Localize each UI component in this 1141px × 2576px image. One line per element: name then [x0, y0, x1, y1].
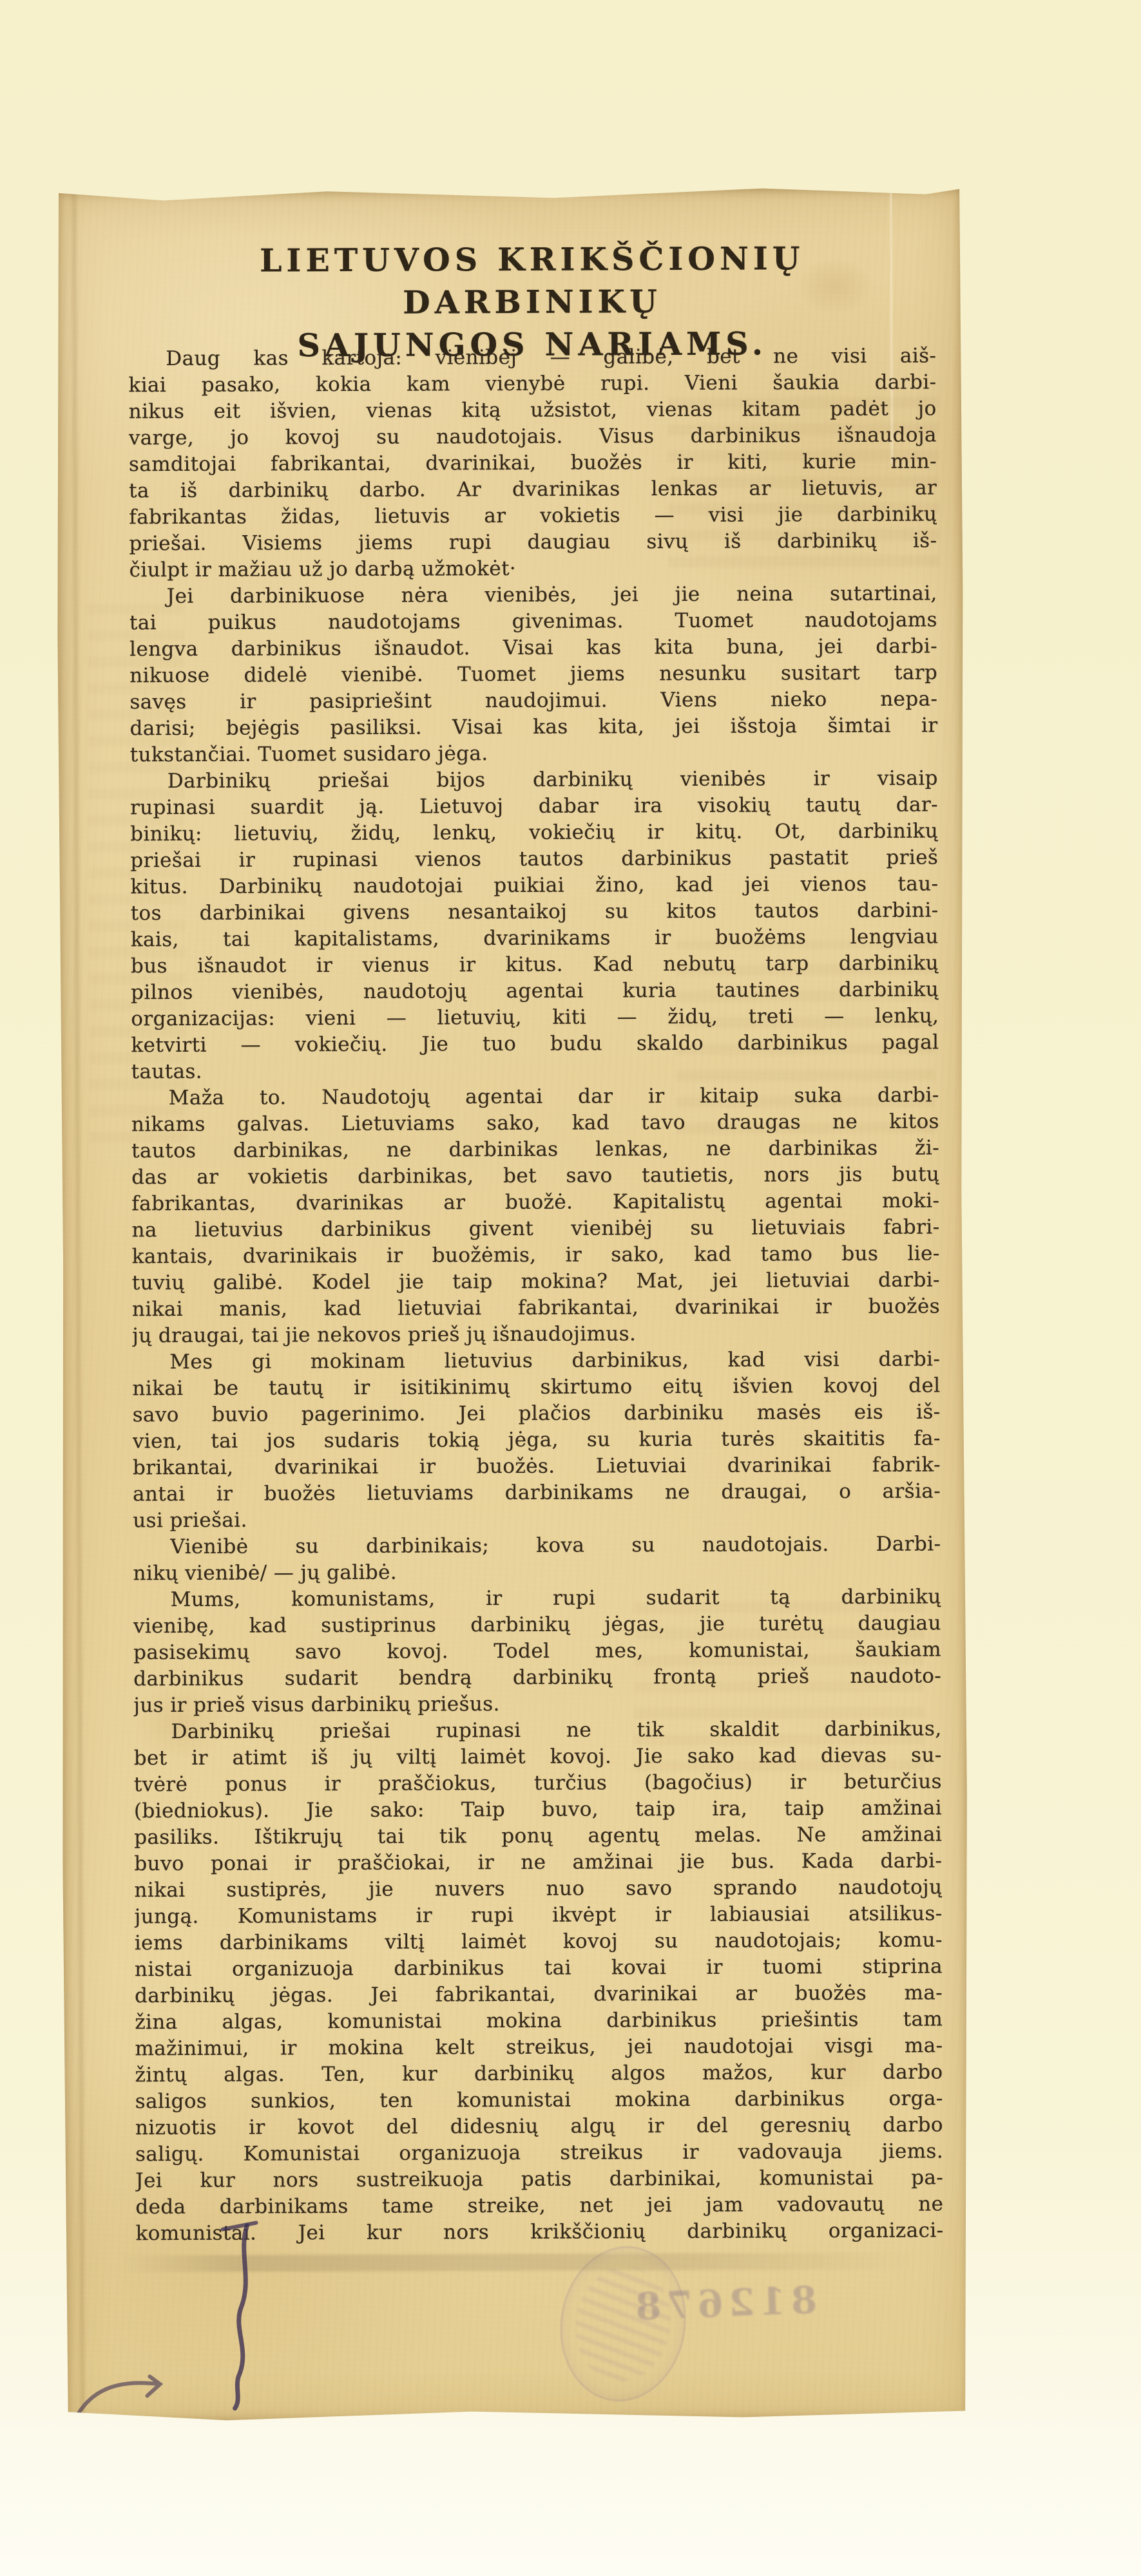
text-line: kiai pasako, kokia kam vienybė rupi. Vie…: [128, 369, 936, 399]
text-line: na lietuvius darbinikus givent vienibėj …: [131, 1214, 939, 1244]
text-line: vien, tai jos sudaris tokią jėga, su kur…: [133, 1425, 941, 1455]
text-line: Daug kas kartoja: vienibėj — galibė, bet…: [128, 343, 936, 372]
text-line: tvėrė ponus ir praščiokus, turčius (bago…: [134, 1768, 942, 1798]
text-line: jus ir prieš visus darbinikų priešus.: [133, 1689, 941, 1719]
text-line: ta iš darbinikų darbo. Ar dvarinikas len…: [129, 475, 937, 504]
text-line: žintų algas. Ten, kur darbinikų algos ma…: [135, 2059, 943, 2088]
pen-squiggle-mark: [200, 2217, 285, 2410]
text-line: nikai be tautų ir isitikinimų skirtumo e…: [132, 1372, 940, 1402]
text-line: tautas.: [131, 1056, 939, 1085]
paragraph: Maža to. Naudotojų agentai dar ir kitaip…: [131, 1082, 941, 1349]
text-line: Mes gi mokinam lietuvius darbinikus, kad…: [132, 1346, 940, 1376]
text-line: bus išnaudot ir vienus ir kitus. Kad neb…: [131, 950, 939, 980]
text-line: čiulpt ir mažiau už jo darbą užmokėt·: [129, 554, 937, 583]
text-line: nikai manis, kad lietuviai fabrikantai, …: [132, 1293, 940, 1323]
text-line: saligos sunkios, ten komunistai mokina d…: [135, 2085, 943, 2115]
text-line: rupinasi suardit ją. Lietuvoj dabar ira …: [130, 791, 938, 821]
text-line: žina algas, komunistai mokina darbinikus…: [135, 2006, 943, 2036]
text-line: binikų: lietuvių, židų, lenkų, vokiečių …: [130, 818, 938, 848]
text-line: Jei kur nors sustreikuoja patis darbinik…: [135, 2164, 943, 2194]
paragraph: Jei darbinikuose nėra vienibės, jei jie …: [129, 580, 938, 768]
text-line: Vienibė su darbinikais; kova su naudotoj…: [133, 1531, 941, 1560]
text-line: (biedniokus). Jie sako: Taip buvo, taip …: [134, 1795, 942, 1824]
text-line: pasiliks. Ištikrujų tai tik ponų agentų …: [134, 1821, 942, 1851]
text-line: antai ir buožės lietuviams darbinikams n…: [133, 1478, 941, 1508]
text-line: Darbinikų priešai rupinasi ne tik skaldi…: [133, 1716, 941, 1745]
text-line: saligų. Komunistai organizuoja streikus …: [135, 2138, 943, 2168]
text-line: usi priešai.: [133, 1504, 941, 1534]
text-line: fabrikantas židas, lietuvis ar vokietis …: [129, 501, 937, 531]
pen-hook-mark: [70, 2366, 166, 2428]
text-line: savo buvio pagerinimo. Jei plačios darbi…: [133, 1399, 941, 1428]
body-text: Daug kas kartoja: vienibėj — galibė, bet…: [128, 343, 943, 2247]
text-line: kitus. Darbinikų naudotojai puikiai žino…: [130, 871, 938, 900]
text-line: priešai. Visiems jiems rupi daugiau sivų…: [129, 527, 937, 557]
title-line-1: LIETUVOS KRIKŠČIONIŲ DARBINIKŲ: [128, 236, 936, 325]
text-line: mažinimui, ir mokina kelt streikus, jei …: [135, 2032, 943, 2062]
paragraph: Daug kas kartoja: vienibėj — galibė, bet…: [128, 343, 937, 583]
text-line: Darbinikų priešai bijos darbinikų vienib…: [130, 765, 938, 795]
text-line: nikus eit išvien, vienas kitą užsistot, …: [129, 395, 937, 425]
text-line: kantais, dvarinikais ir buožėmis, ir sak…: [132, 1240, 940, 1270]
text-line: brikantai, dvarinikai ir buožės. Lietuvi…: [133, 1452, 941, 1481]
text-line: fabrikantas, dvarinikas ar buožė. Kapita…: [131, 1188, 939, 1217]
text-line: tukstančiai. Tuomet susidaro jėga.: [130, 739, 938, 768]
oval-stamp-inner: [567, 2259, 679, 2388]
text-line: darbinikų jėgas. Jei fabrikantai, dvarin…: [135, 1980, 943, 2009]
text-line: varge, jo kovoj su naudotojais. Visus da…: [129, 422, 937, 451]
text-line: nikų vienibė/ — jų galibė.: [133, 1557, 941, 1587]
paper-crease-left: [72, 190, 84, 2423]
text-line: nizuotis ir kovot del didesnių algų ir d…: [135, 2112, 943, 2141]
text-line: das ar vokietis darbinikas, bet savo tau…: [131, 1161, 939, 1191]
text-line: buvo ponai ir praščiokai, ir ne amžinai …: [134, 1848, 942, 1877]
text-line: nistai organizuoja darbinikus tai kovai …: [135, 1953, 943, 1983]
text-line: vienibę, kad sustiprinus darbinikų jėgas…: [133, 1610, 941, 1640]
text-line: bet ir atimt iš jų viltį laimėt kovoj. J…: [134, 1742, 942, 1772]
text-line: samditojai fabrikantai, dvarinikai, buož…: [129, 448, 937, 478]
text-line: jungą. Komunistams ir rupi ikvėpt ir lab…: [135, 1900, 943, 1930]
text-line: nikams galvas. Lietuviams sako, kad tavo…: [131, 1108, 939, 1138]
text-line: darisi; bejėgis pasiliksi. Visai kas kit…: [129, 712, 937, 742]
paragraph: Mes gi mokinam lietuvius darbinikus, kad…: [132, 1346, 941, 1534]
paragraph: Vienibė su darbinikais; kova su naudotoj…: [133, 1531, 941, 1587]
text-line: pilnos vienibės, naudotojų agentai kuria…: [131, 976, 939, 1006]
text-line: savęs ir pasipriešint naudojimui. Viens …: [129, 686, 937, 715]
text-line: iems darbinikams viltį laimėt kovoj su n…: [135, 1927, 943, 1956]
text-line: darbinikus sudarit bendrą darbinikų fron…: [133, 1663, 941, 1692]
text-line: organizacijas: vieni — lietuvių, kiti — …: [131, 1003, 939, 1032]
text-line: tuvių galibė. Kodel jie taip mokina? Mat…: [132, 1267, 940, 1296]
paragraph: Darbinikų priešai rupinasi ne tik skaldi…: [133, 1716, 943, 2247]
text-line: deda darbinikams tame streike, net jei j…: [135, 2191, 943, 2221]
text-line: nikai sustiprės, jie nuvers nuo savo spr…: [134, 1874, 942, 1904]
leaflet-page: LIETUVOS KRIKŠČIONIŲ DARBINIKŲ SAJUNGOS …: [55, 186, 970, 2423]
text-line: kais, tai kapitalistams, dvarinikams ir …: [131, 923, 939, 953]
text-line: Maža to. Naudotojų agentai dar ir kitaip…: [131, 1082, 939, 1112]
text-line: pasisekimų savo kovoj. Todel mes, komuni…: [133, 1636, 941, 1666]
text-line: lengva darbinikus išnaudot. Visai kas ki…: [129, 633, 937, 663]
text-line: tos darbinikai givens nesantaikoj su kit…: [131, 897, 939, 927]
text-line: priešai ir rupinasi vienos tautos darbin…: [130, 844, 938, 874]
text-line: tai puikus naudotojams givenimas. Tuomet…: [129, 607, 937, 636]
text-line: Mums, komunistams, ir rupi sudarit tą da…: [133, 1584, 941, 1613]
text-line: ketvirti — vokiečių. Jie tuo budu skaldo…: [131, 1029, 939, 1059]
paragraph: Darbinikų priešai bijos darbinikų vienib…: [130, 765, 939, 1085]
scan-background: LIETUVOS KRIKŠČIONIŲ DARBINIKŲ SAJUNGOS …: [0, 0, 1141, 2576]
text-line: Jei darbinikuose nėra vienibės, jei jie …: [129, 580, 937, 610]
text-line: tautos darbinikas, ne darbinikas lenkas,…: [131, 1135, 939, 1164]
text-line: jų draugai, tai jie nekovos prieš jų išn…: [132, 1320, 940, 1349]
paragraph: Mums, komunistams, ir rupi sudarit tą da…: [133, 1584, 942, 1719]
text-line: nikuose didelė vienibė. Tuomet jiems nes…: [129, 659, 937, 689]
